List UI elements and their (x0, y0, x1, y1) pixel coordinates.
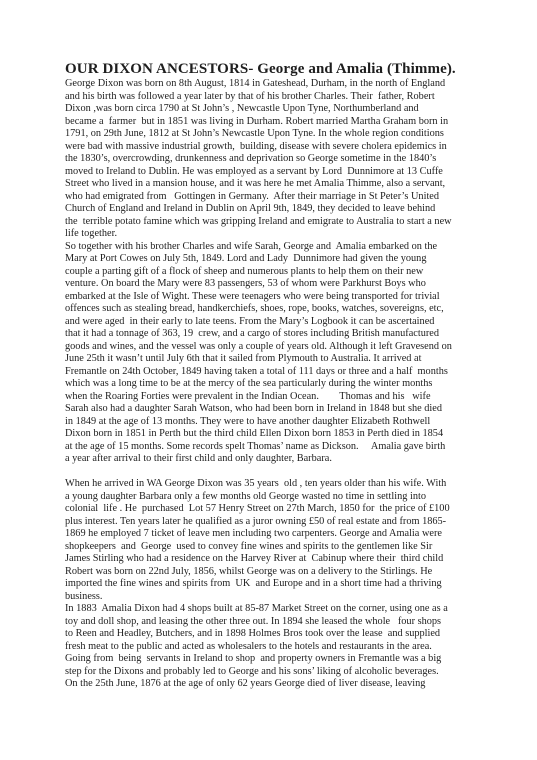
document-title: OUR DIXON ANCESTORS- George and Amalia (… (65, 61, 511, 77)
paragraph-arrival-in-wa: When he arrived in WA George Dixon was 3… (65, 478, 511, 603)
document-page: OUR DIXON ANCESTORS- George and Amalia (… (65, 61, 511, 691)
paragraph-voyage-on-the-mary: So together with his brother Charles and… (65, 241, 511, 466)
paragraph-george-dixon-origins: George Dixon was born on 8th August, 181… (65, 78, 511, 241)
paragraph-market-street-shops: In 1883 Amalia Dixon had 4 shops built a… (65, 603, 511, 691)
